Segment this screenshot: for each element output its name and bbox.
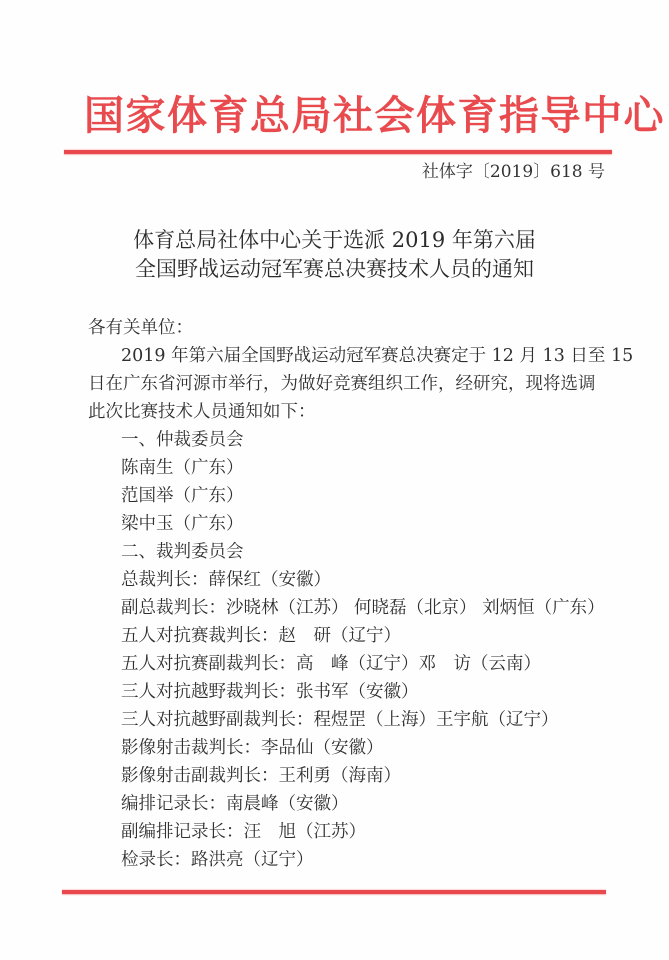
list-item: 陈南生（广东）: [88, 454, 608, 482]
intro-line-1: 2019 年第六届全国野战运动冠军赛总决赛定于 12 月 13 日至 15: [88, 342, 608, 370]
list-item: 检录长：路洪亮（辽宁）: [88, 846, 608, 874]
list-item: 编排记录长：南晨峰（安徽）: [88, 790, 608, 818]
title-line-1: 体育总局社体中心关于选派 2019 年第六届: [0, 226, 669, 255]
list-item: 范国举（广东）: [88, 482, 608, 510]
list-item: 梁中玉（广东）: [88, 510, 608, 538]
document-body: 各有关单位： 2019 年第六届全国野战运动冠军赛总决赛定于 12 月 13 日…: [88, 314, 608, 874]
footer-red-divider: [62, 890, 606, 894]
document-page: 国家体育总局社会体育指导中心 社体字〔2019〕618 号 体育总局社体中心关于…: [0, 0, 669, 960]
list-item: 三人对抗越野裁判长：张书军（安徽）: [88, 678, 608, 706]
list-item: 五人对抗赛副裁判长：高 峰（辽宁）邓 访（云南）: [88, 650, 608, 678]
issuing-organization-header: 国家体育总局社会体育指导中心: [84, 92, 584, 140]
list-item: 影像射击裁判长：李品仙（安徽）: [88, 734, 608, 762]
list-item: 影像射击副裁判长：王利勇（海南）: [88, 762, 608, 790]
title-line-2: 全国野战运动冠军赛总决赛技术人员的通知: [0, 255, 669, 284]
document-number: 社体字〔2019〕618 号: [422, 160, 605, 184]
section-heading-referee: 二、裁判委员会: [88, 538, 608, 566]
header-red-divider: [64, 150, 612, 154]
intro-line-2: 日在广东省河源市举行，为做好竞赛组织工作，经研究，现将选调: [88, 370, 608, 398]
section-heading-arbitration: 一、仲裁委员会: [88, 426, 608, 454]
list-item: 副总裁判长：沙晓林（江苏） 何晓磊（北京） 刘炳恒（广东）: [88, 594, 608, 622]
list-item: 总裁判长：薛保红（安徽）: [88, 566, 608, 594]
intro-line-3: 此次比赛技术人员通知如下：: [88, 398, 608, 426]
list-item: 五人对抗赛裁判长：赵 研（辽宁）: [88, 622, 608, 650]
salutation: 各有关单位：: [88, 314, 608, 342]
list-item: 三人对抗越野副裁判长：程煜罡（上海）王宇航（辽宁）: [88, 706, 608, 734]
document-title: 体育总局社体中心关于选派 2019 年第六届 全国野战运动冠军赛总决赛技术人员的…: [0, 226, 669, 284]
list-item: 副编排记录长：汪 旭（江苏）: [88, 818, 608, 846]
